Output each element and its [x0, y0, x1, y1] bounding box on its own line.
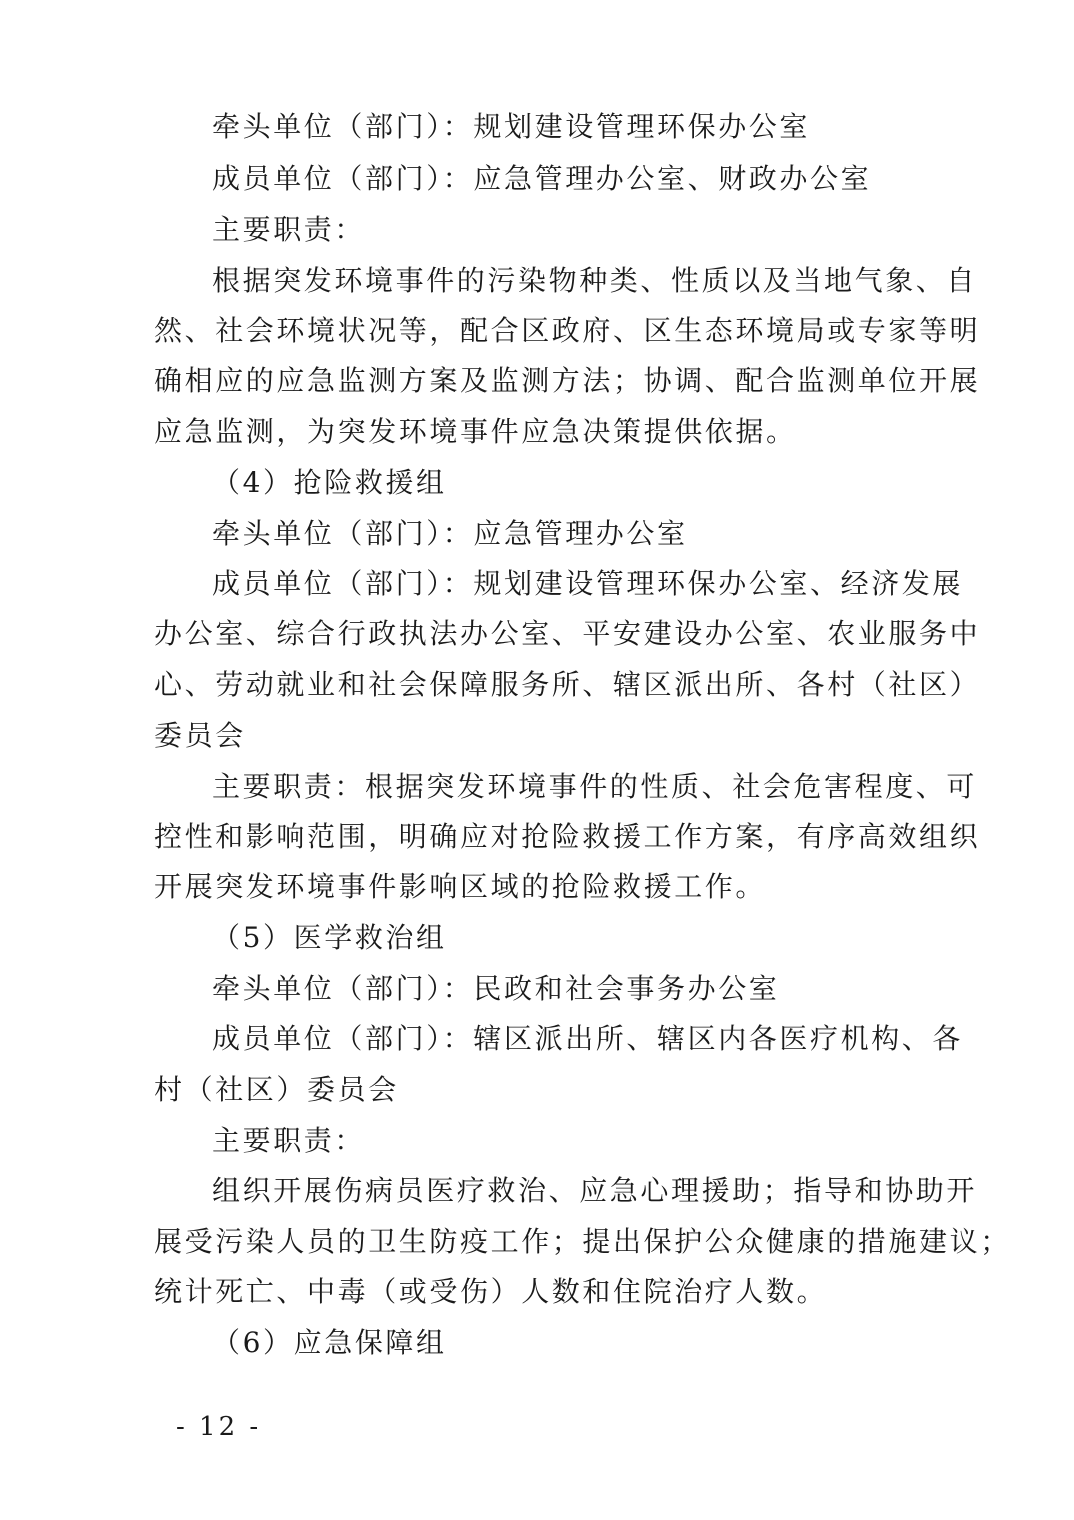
- text-line: 办公室、综合行政执法办公室、平安建设办公室、农业服务中: [154, 616, 934, 652]
- text-line: 牵头单位（部门）：民政和社会事务办公室: [212, 971, 992, 1007]
- text-line: 控性和影响范围，明确应对抢险救援工作方案，有序高效组织: [154, 819, 934, 855]
- text-line: （5）医学救治组: [212, 920, 992, 956]
- text-line: 主要职责：根据突发环境事件的性质、社会危害程度、可: [212, 769, 992, 805]
- text-line: （6）应急保障组: [212, 1325, 992, 1361]
- text-line: 心、劳动就业和社会保障服务所、辖区派出所、各村（社区）: [154, 667, 934, 703]
- text-line: 成员单位（部门）：辖区派出所、辖区内各医疗机构、各: [212, 1021, 992, 1057]
- text-line: 成员单位（部门）：应急管理办公室、财政办公室: [212, 161, 992, 197]
- text-line: 根据突发环境事件的污染物种类、性质以及当地气象、自: [212, 263, 992, 299]
- text-line: 委员会: [154, 718, 934, 754]
- text-line: 展受污染人员的卫生防疫工作；提出保护公众健康的措施建议；: [154, 1224, 934, 1260]
- text-line: 成员单位（部门）：规划建设管理环保办公室、经济发展: [212, 566, 992, 602]
- text-line: 统计死亡、中毒（或受伤）人数和住院治疗人数。: [154, 1274, 934, 1310]
- text-line: 组织开展伤病员医疗救治、应急心理援助；指导和协助开: [212, 1173, 992, 1209]
- text-line: 牵头单位（部门）：应急管理办公室: [212, 516, 992, 552]
- text-line: 主要职责：: [212, 1123, 992, 1159]
- text-line: 开展突发环境事件影响区域的抢险救援工作。: [154, 869, 934, 905]
- text-line: （4）抢险救援组: [212, 465, 992, 501]
- page-number: - 12 -: [176, 1412, 261, 1442]
- text-line: 确相应的应急监测方案及监测方法；协调、配合监测单位开展: [154, 363, 934, 399]
- text-line: 牵头单位（部门）：规划建设管理环保办公室: [212, 109, 992, 145]
- text-line: 应急监测，为突发环境事件应急决策提供依据。: [154, 414, 934, 450]
- text-line: 主要职责：: [212, 212, 992, 248]
- document-page: 牵头单位（部门）：规划建设管理环保办公室成员单位（部门）：应急管理办公室、财政办…: [0, 0, 1074, 1520]
- text-line: 然、社会环境状况等，配合区政府、区生态环境局或专家等明: [154, 313, 934, 349]
- text-line: 村（社区）委员会: [154, 1072, 934, 1108]
